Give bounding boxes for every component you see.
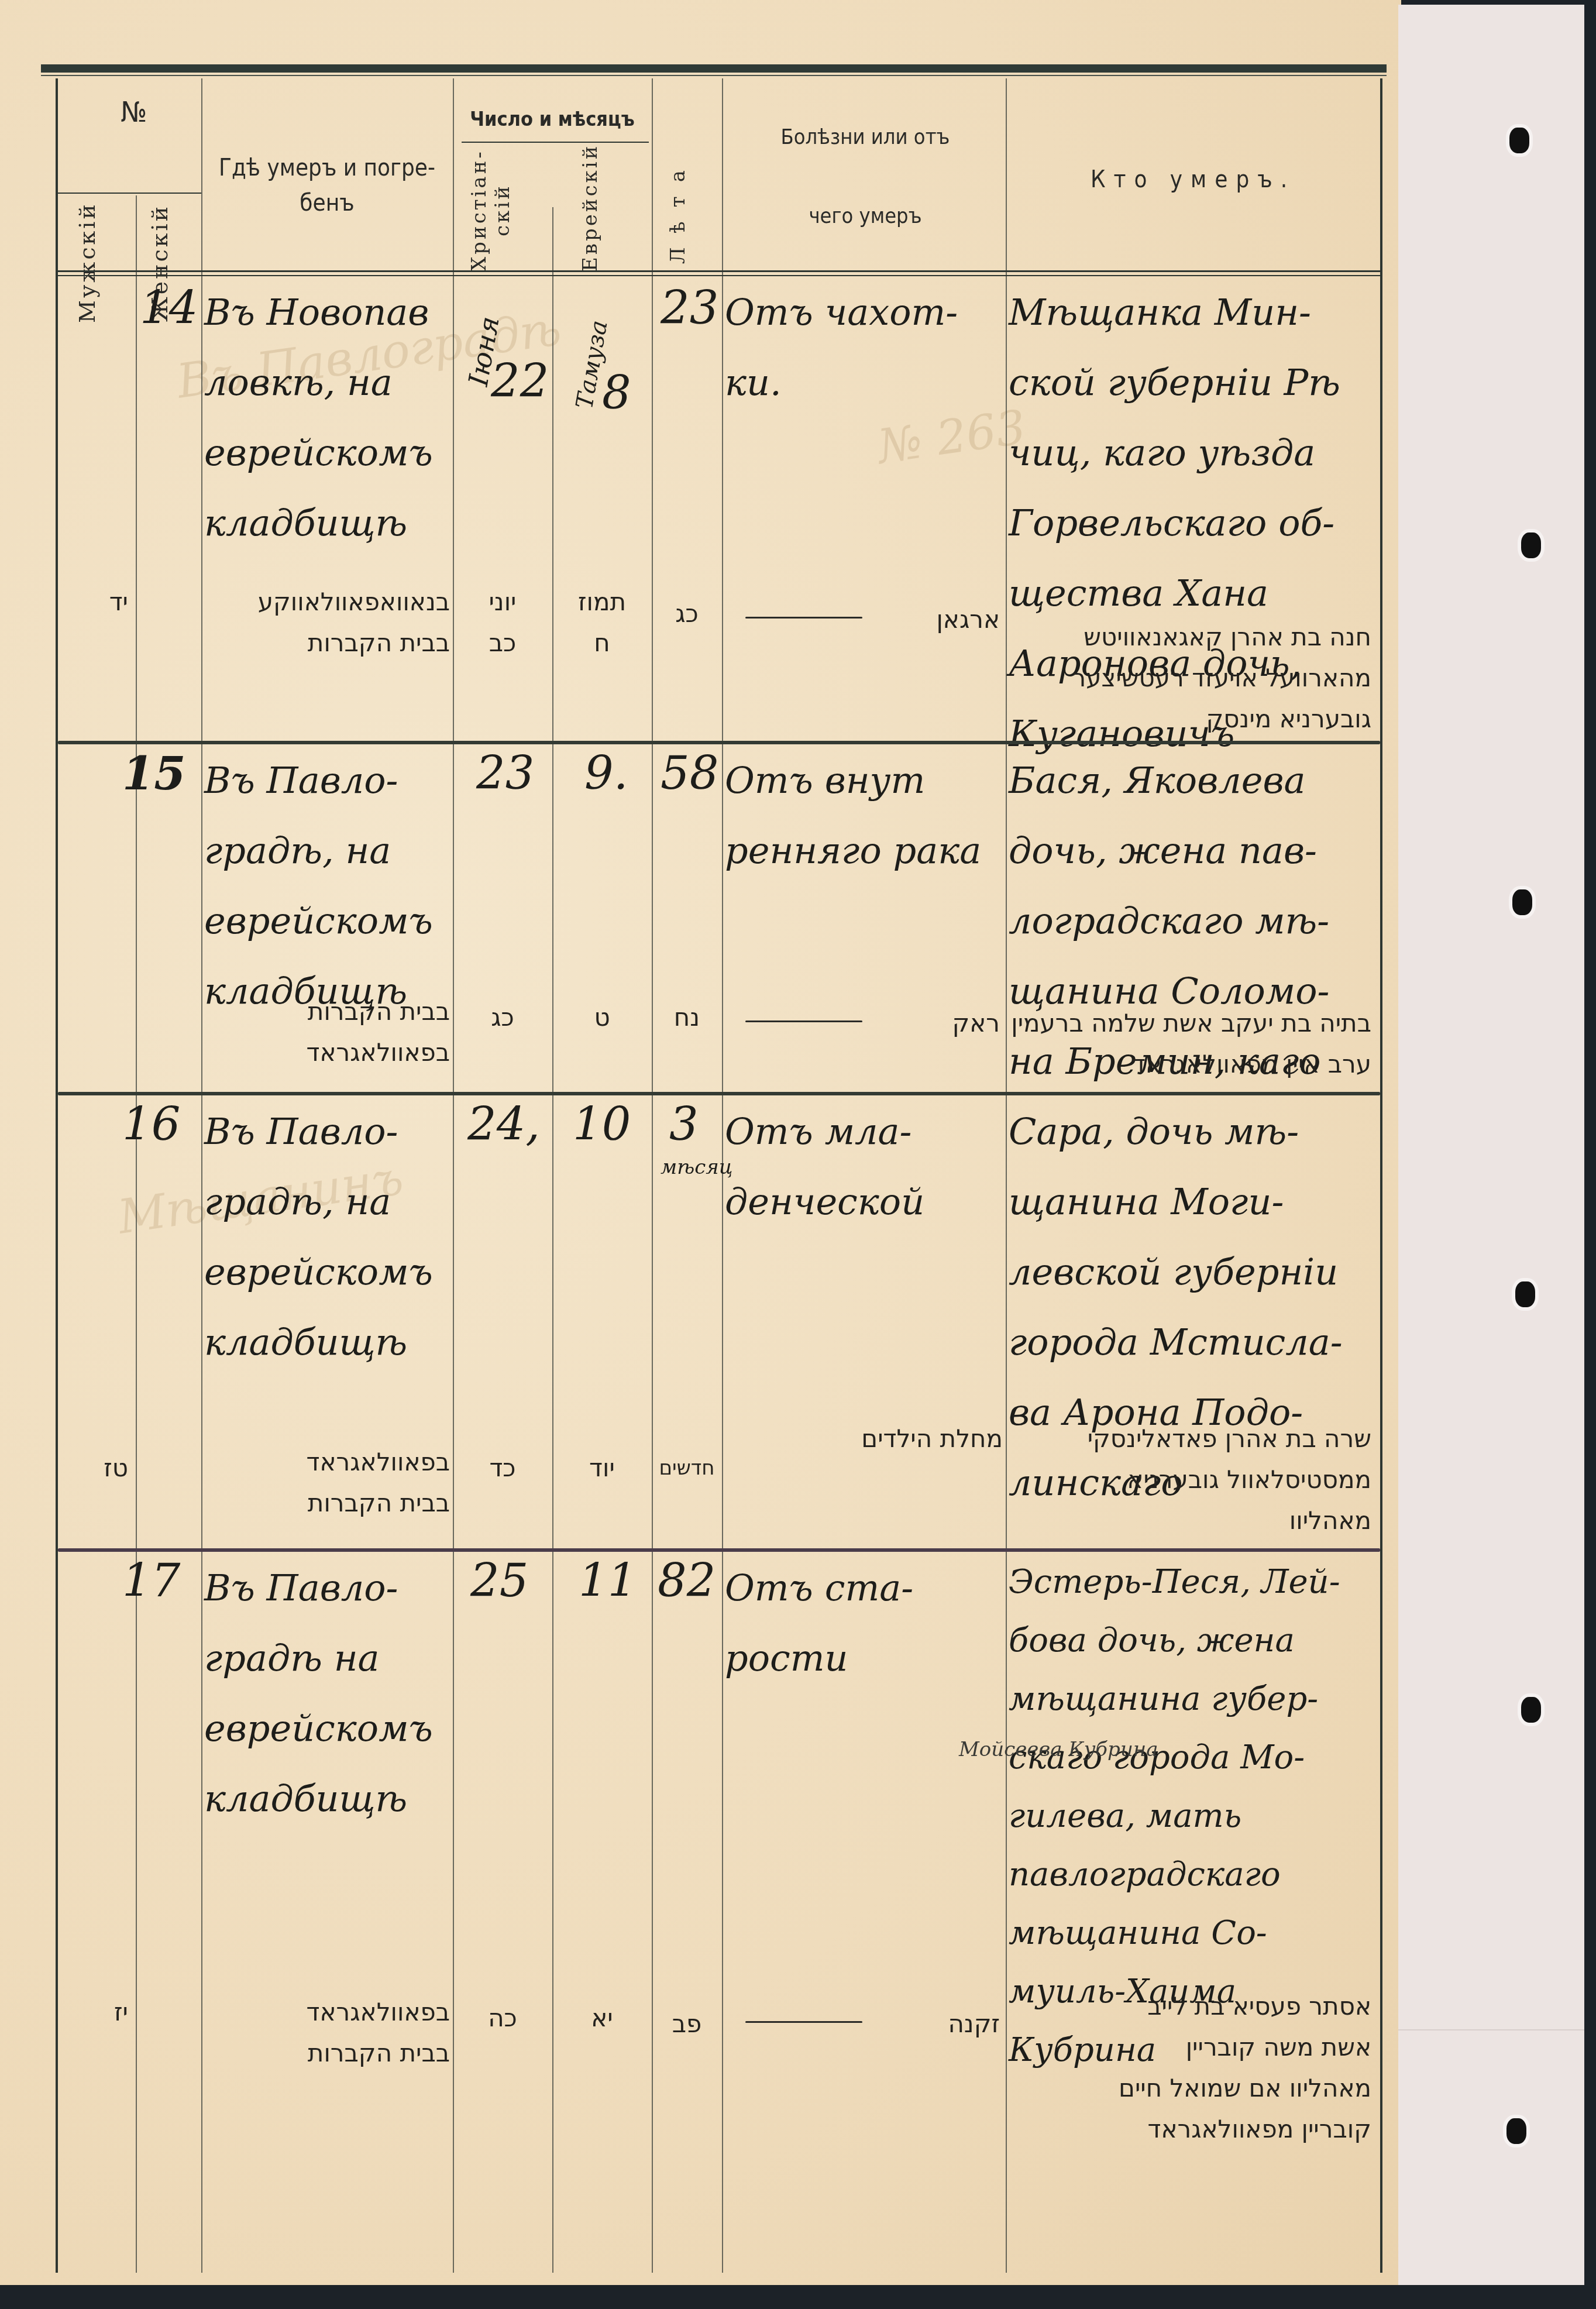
entry-15-jewish-hebrew: ט: [561, 997, 643, 1038]
entry-separator: [58, 741, 1380, 744]
entry-16-hebrew-number: טז: [70, 1448, 128, 1489]
dash-connector: [745, 2021, 862, 2023]
entry-14-cause-hebrew: ארגאן: [877, 599, 1000, 640]
entry-16-number: 16: [122, 1097, 180, 1154]
entry-16-jewish-hebrew: יוד: [561, 1448, 643, 1489]
entry-separator: [58, 1092, 1380, 1095]
entry-16-christian-day: 24,: [467, 1097, 540, 1154]
entry-16-age-hebrew: חדשים: [655, 1448, 719, 1489]
header-christian: Христіан-скій: [467, 149, 538, 272]
punch-hole-icon: [1512, 889, 1532, 915]
punch-hole-icon: [1506, 2118, 1526, 2144]
entry-14-jewish-day: 8: [602, 365, 631, 422]
header-bottom-rule-thin: [58, 275, 1380, 276]
header-bottom-rule: [58, 270, 1380, 272]
entry-17-age-hebrew: פב: [655, 2004, 719, 2045]
entry-17-cause: Отъ ста-рости: [725, 1553, 1006, 1693]
header-cause-line2: чего умеръ: [725, 204, 1006, 228]
col-divider: [1006, 78, 1007, 2273]
entry-17-who-correction: Мойсеева Кубрина: [959, 1737, 1158, 1762]
header-date-group: Число и мѣсяцъ: [456, 108, 649, 131]
entry-14-christian-day: 22: [491, 353, 549, 411]
entry-17-christian-hebrew: כה: [462, 1998, 544, 2039]
entry-14-age: 23: [661, 280, 718, 338]
entry-14-christian-hebrew: יוניכב: [462, 582, 544, 664]
entry-16-cause: Отъ мла-денческой: [725, 1097, 1006, 1237]
entry-14-cause: Отъ чахот-ки.: [725, 277, 1006, 418]
col-divider: [201, 78, 202, 2273]
entry-14-hebrew-number: יד: [70, 582, 128, 623]
header-who-died: Кто умеръ.: [1009, 166, 1377, 193]
register-table: № Мужскій Женскій Гдѣ умеръ и погре- бен…: [56, 78, 1382, 2273]
punch-hole-icon: [1521, 1697, 1541, 1723]
dash-connector: [745, 1021, 862, 1022]
entry-14-place-hebrew: בנאוואפאוולאווקעבבית הקברות: [204, 582, 450, 664]
entry-16-age: 3: [669, 1097, 699, 1154]
entry-14-jewish-hebrew: תמוזח: [561, 582, 643, 664]
entry-14-place: Въ Новопавловкѣ, наеврейскомъкладбищѣ: [204, 277, 456, 558]
dash-connector: [745, 617, 862, 619]
entry-17-number: 17: [122, 1553, 180, 1610]
col-divider: [652, 78, 653, 2273]
entry-16-christian-hebrew: כד: [462, 1448, 544, 1489]
entry-15-place: Въ Павло-градѣ, наеврейскомъкладбищѣ: [204, 745, 456, 1026]
header-where-line2: бенъ: [204, 190, 450, 217]
header-where-line1: Гдѣ умеръ и погре-: [204, 154, 450, 181]
entry-17-jewish-day: 11: [579, 1553, 637, 1610]
entry-15-who-hebrew: בתיה בת יעקב אשת שלמה ברעמיןערב איין מפא…: [1009, 1003, 1371, 1085]
top-border-rule: [41, 64, 1387, 73]
entry-15-age-hebrew: נח: [655, 997, 719, 1038]
header-date-underline: [462, 142, 649, 143]
entry-14-who-hebrew: חנה בת אהרן קאגאנאוויטשמהארוועל אויעזד ר…: [1009, 617, 1371, 740]
top-thin-rule: [41, 75, 1387, 76]
entry-15-jewish-day: 9.: [584, 745, 628, 803]
binding-margin-strip: [1398, 5, 1584, 2287]
entry-16-who-hebrew: שרה בת אהרן פאדאלינסקיממסטיסלאוול גובערנ…: [1009, 1418, 1371, 1541]
entry-17-jewish-hebrew: יא: [561, 1998, 643, 2039]
col-divider: [136, 195, 137, 2273]
col-divider: [552, 207, 553, 2273]
punch-hole-icon: [1515, 1281, 1535, 1307]
entry-16-place: Въ Павло-градѣ, наеврейскомъкладбищѣ: [204, 1097, 456, 1377]
punch-hole-icon: [1509, 128, 1529, 153]
entry-15-age: 58: [661, 745, 718, 803]
header-cause-line1: Болѣзни или отъ: [725, 125, 1006, 149]
entry-16-cause-hebrew: מחלת הילדים: [728, 1418, 1003, 1459]
header-age: Лѣта: [666, 149, 707, 272]
punch-hole-icon: [1521, 532, 1541, 558]
entry-16-age-unit: мѣсяц: [661, 1155, 732, 1180]
entry-15-number: 15: [122, 745, 186, 803]
header-number: №: [111, 96, 157, 129]
entry-17-place-hebrew: בפאוולאגראדבבית הקברות: [204, 1992, 450, 2074]
entry-17-age: 82: [658, 1553, 716, 1610]
header-male: Мужскій: [74, 195, 115, 330]
entry-15-christian-hebrew: כג: [462, 997, 544, 1038]
entry-15-christian-day: 23: [476, 745, 534, 803]
entry-17-place: Въ Павло-градѣ наеврейскомъкладбищѣ: [204, 1553, 456, 1834]
entry-17-cause-hebrew: זקנה: [877, 2004, 1000, 2045]
entry-17-christian-day: 25: [470, 1553, 528, 1610]
header-number-underline: [58, 193, 201, 194]
entry-17-hebrew-number: יז: [70, 1992, 128, 2033]
entry-16-place-hebrew: בפאוולאגראדבבית הקברות: [204, 1442, 450, 1524]
paper-crease: [1398, 2029, 1584, 2030]
entry-15-place-hebrew: בבית הקברותבפאוולאגראד: [204, 991, 450, 1073]
entry-15-cause: Отъ внутренняго рака: [725, 745, 1006, 886]
entry-separator: [58, 1548, 1380, 1552]
scanner-backdrop-bottom: [0, 2285, 1596, 2309]
entry-15-cause-hebrew: ראק: [877, 1003, 1000, 1044]
entry-14-number: 14: [140, 280, 198, 338]
header-jewish: Еврейскій: [579, 149, 620, 272]
entry-17-who-hebrew: אסתר פעסיא בת לייבאשת משה קוברייןמאהליוו…: [1009, 1986, 1371, 2150]
entry-16-jewish-day: 10: [573, 1097, 631, 1154]
entry-14-age-hebrew: כג: [655, 593, 719, 634]
